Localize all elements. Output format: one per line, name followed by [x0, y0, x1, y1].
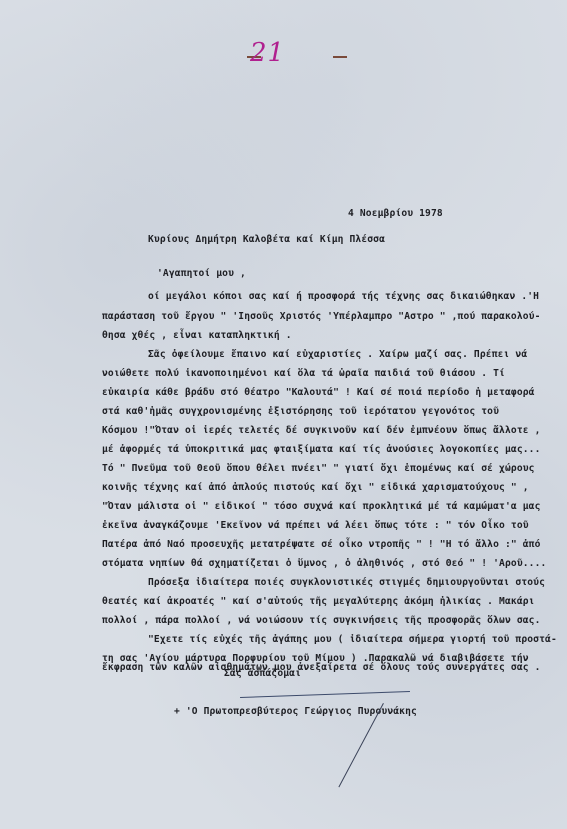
body-line: εὐκαιρία κάθε βράδυ στό θέατρο "Καλουτά"… — [102, 387, 535, 399]
body-line: "Όταν μάλιστα οἱ " εἰδικοί " τόσο συχνά … — [102, 501, 541, 513]
body-line: νοιώθετε πολύ ἱκανοποιημένοι καί ὅλα τά … — [102, 368, 505, 380]
letter-page: 21 4 Νοεμβρίου 1978 Κυρίους Δημήτρη Καλο… — [0, 0, 567, 829]
body-line: στά καθ'ἡμᾶς συγχρονισμένης ἐξιστόρησης … — [102, 406, 499, 418]
signature-scribble — [240, 691, 410, 698]
body-line: ἐκεῖνα ἀναγκάζουμε 'Εκεῖνον νά πρέπει νά… — [102, 520, 529, 532]
body-line: πολλοί , πάρα πολλοί , νά νοιώσουν τίς σ… — [102, 615, 541, 627]
body-line: παράσταση τοῦ ἔργου " 'Ιησοῦς Χριστός 'Υ… — [102, 311, 541, 323]
body-line: Σᾶς ὀφείλουμε ἔπαινο καί εὐχαριστίες . Χ… — [148, 349, 527, 361]
body-line: κοινῆς τέχνης καί ἀπό ἁπλούς πιστούς καί… — [102, 482, 529, 494]
body-line: Τό " Πνεῦμα τοῦ Θεοῦ ὅπου θέλει πνέει" "… — [102, 463, 535, 475]
body-line: στόματα νηπίων θά σχηματίζεται ὁ ὕμνος ,… — [102, 558, 546, 570]
body-line: "Εχετε τίς εὐχές τῆς ἀγάπης μου ( ἰδιαίτ… — [148, 634, 557, 646]
letter-date: 4 Νοεμβρίου 1978 — [348, 208, 443, 220]
letter-salutation: 'Αγαπητοί μου , — [157, 268, 246, 280]
body-line: Πατέρα ἀπό Ναό προσευχῆς μετατρέψατε σέ … — [102, 539, 541, 551]
body-line: θεατές καί ἀκροατές " καί σ'αὐτούς τῆς μ… — [102, 596, 535, 608]
letter-recipients: Κυρίους Δημήτρη Καλοβέτα καί Κίμη Πλέσσα — [148, 234, 385, 246]
body-line: θησα χθές , εἶναι καταπληκτική . — [102, 330, 292, 342]
page-number: 21 — [250, 38, 285, 68]
body-line: ἔκφραση τῶν καλῶν αἰσθημάτων μου ἀνεξαίρ… — [102, 662, 541, 674]
body-line: οί μεγάλοι κόποι σας καί ή προσφορά τής … — [148, 291, 539, 303]
body-line: μέ ἀφορμές τά ὑποκριτικά μας φταιξίματα … — [102, 444, 541, 456]
letter-closing: Σᾶς ἀσπάζομαι — [224, 668, 301, 680]
body-line: Πρόσεξα ἰδιαίτερα ποιές συγκλονιστικές σ… — [148, 577, 545, 589]
body-line: Κόσμου !"Όταν οἱ ἱερές τελετές δέ συγκιν… — [102, 425, 541, 437]
page-number-dash-right — [333, 56, 347, 58]
